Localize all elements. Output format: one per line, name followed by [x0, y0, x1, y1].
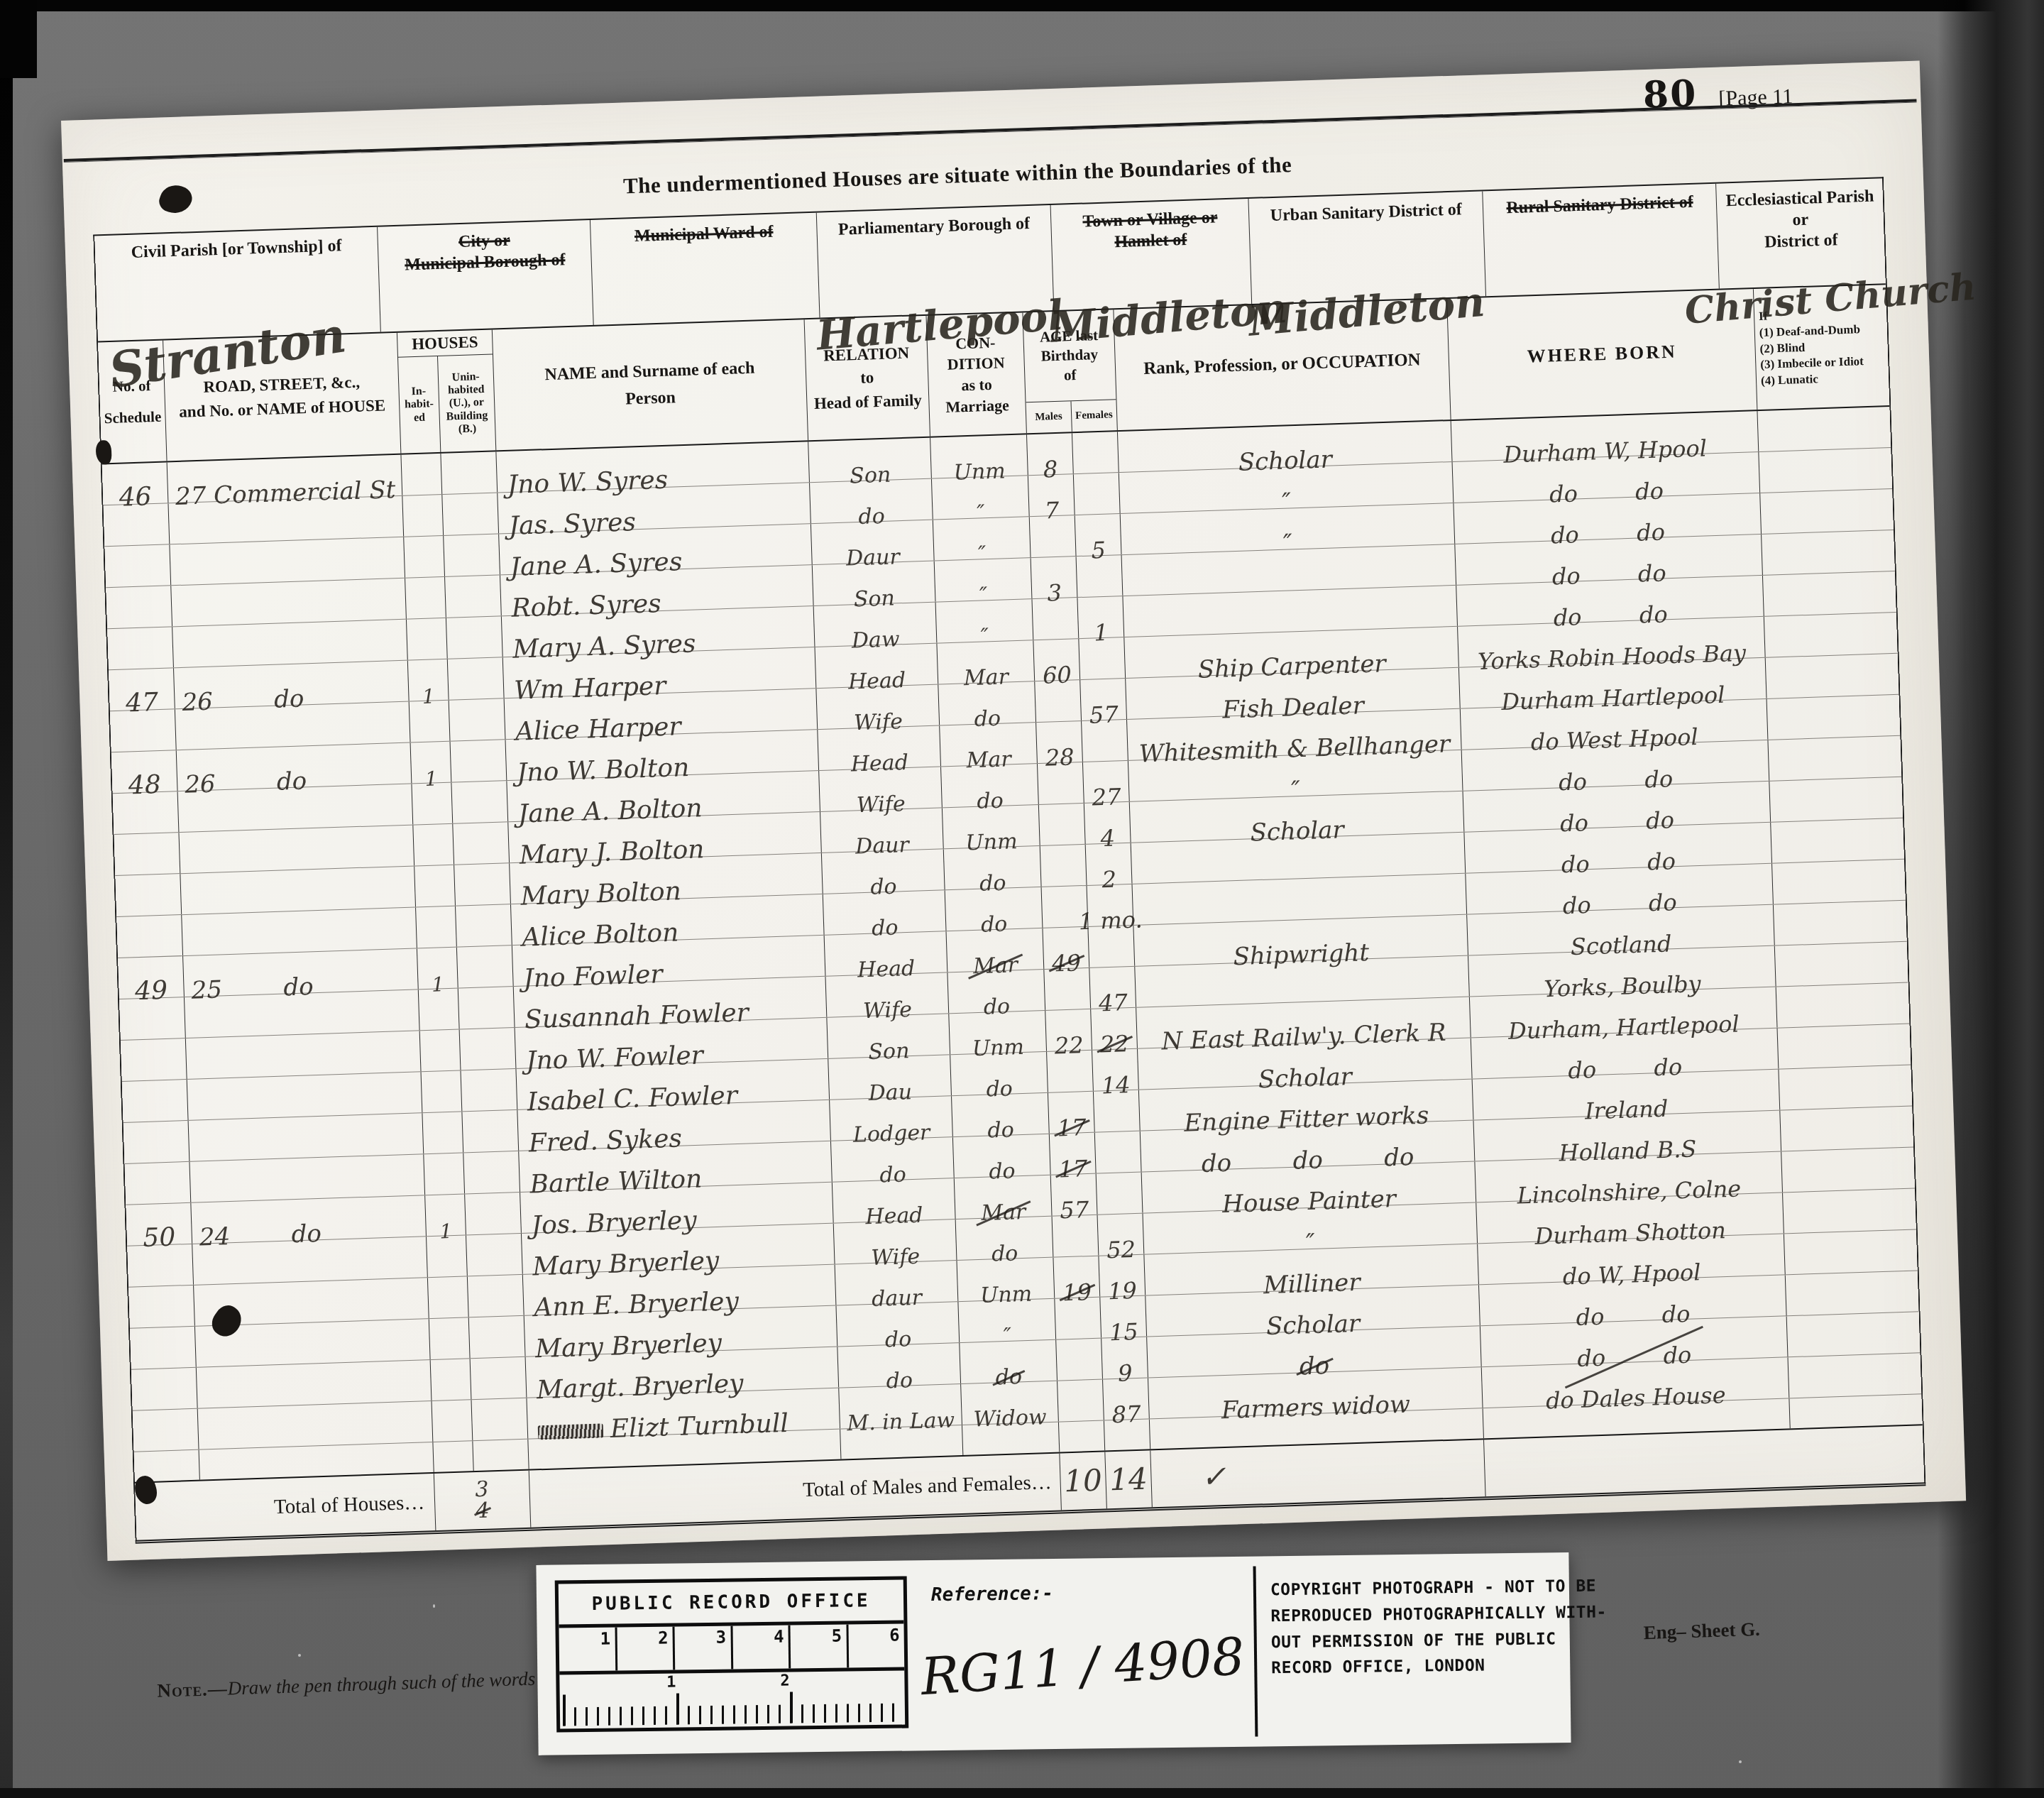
handwritten-value: Mary A. Syres [512, 632, 696, 663]
handwritten-value: do [977, 791, 1004, 813]
cell-inhab [414, 865, 456, 907]
cell-dis [1759, 448, 1892, 493]
cell-f [1072, 432, 1119, 473]
cell-schedule: 46 [102, 462, 169, 505]
column-header-inhabited: In- habit- ed [398, 356, 441, 454]
cell-uninhab [444, 534, 500, 576]
cell-uninhab [441, 451, 498, 493]
cell-road [179, 825, 414, 873]
cell-schedule [107, 627, 174, 669]
geo-label: Civil Parish [or Township] of [131, 236, 342, 262]
handwritten-value: do [991, 1243, 1018, 1265]
handwritten-value: 57 [1060, 1198, 1089, 1222]
handwritten-value: 26 do [185, 769, 307, 797]
cell-rel: Son [808, 438, 932, 483]
handwritten-value: Robt. Syres [511, 591, 661, 622]
cell-dis [1780, 1107, 1913, 1151]
total-females-value: 14 [1105, 1450, 1153, 1508]
cell-uninhab [453, 822, 510, 864]
cell-road: 26 do [177, 743, 412, 791]
handwritten-value: 28 [1045, 745, 1075, 769]
handwritten-value: Unm [980, 1284, 1033, 1307]
handwritten-value: Shipwright [1233, 941, 1369, 969]
handwritten-value: 25 do [191, 975, 314, 1003]
cell-inhab [404, 536, 445, 578]
handwritten-value: do [974, 708, 1001, 730]
handwritten-value: Alice Harper [515, 714, 682, 745]
cell-inhab [432, 1400, 473, 1442]
cell-f [1074, 473, 1121, 515]
cell-dis [1762, 530, 1895, 575]
total-males: 10 [1064, 1466, 1103, 1497]
cell-road: 26 do [174, 661, 410, 709]
handwritten-value: 2 [1101, 868, 1116, 892]
handwritten-value: Head [857, 958, 916, 982]
cell-schedule [133, 1409, 199, 1452]
cell-dis [1776, 983, 1910, 1028]
handwritten-value: Ireland [1585, 1097, 1669, 1123]
handwritten-value: ″ [1283, 531, 1293, 555]
handwritten-value: Widow [973, 1407, 1047, 1430]
column-header-houses: HOUSES In- habit- ed Unin- habited (U.),… [397, 330, 496, 454]
cell-dis [1783, 1188, 1916, 1233]
handwritten-value: 52 [1106, 1238, 1136, 1261]
handwritten-value: 14 [1101, 1073, 1131, 1097]
scale-number: 6 [848, 1624, 904, 1668]
reference-value: RG11 / 4908 [919, 1626, 1246, 1706]
handwritten-value: Milliner [1263, 1271, 1361, 1298]
column-header-occupation: Rank, Profession, or OCCUPATION [1114, 299, 1451, 430]
handwritten-value: Ship Carpenter [1197, 652, 1386, 682]
handwritten-value: Durham Shotton [1534, 1219, 1726, 1248]
cell-road [198, 1401, 434, 1449]
cell-road [180, 866, 416, 914]
cell-dis [1757, 407, 1891, 451]
cell-schedule [131, 1368, 198, 1410]
column-header-disability: If (1) Deaf-and-Dumb (2) Blind (3) Imbec… [1754, 285, 1889, 410]
handwritten-value: Scholar [1238, 447, 1332, 474]
cell-road [186, 1031, 422, 1079]
handwritten-value: 4 [1100, 827, 1115, 850]
cell-dis [1767, 695, 1901, 740]
cell-schedule [121, 1038, 187, 1081]
handwritten-value: do do [1576, 1303, 1691, 1329]
total-houses-struck: 4 [476, 1501, 490, 1523]
cell-uninhab [442, 493, 499, 535]
cell-m [1059, 1421, 1105, 1452]
handwritten-value: do [989, 1161, 1016, 1183]
handwritten-value: Mary Bolton [520, 879, 681, 909]
handwritten-value: 15 [1109, 1320, 1139, 1344]
handwritten-value: do [987, 1119, 1014, 1141]
copyright-line: COPYRIGHT PHOTOGRAPH - NOT TO BE [1270, 1574, 1559, 1604]
handwritten-value: do do [1551, 520, 1666, 547]
handwritten-value: Isabel C. Fowler [527, 1083, 737, 1116]
cell-m: 3 [1031, 557, 1078, 598]
pro-office-title: PUBLIC RECORD OFFICE [559, 1580, 904, 1628]
cell-uninhab [463, 1151, 520, 1193]
handwritten-value: do do [1549, 479, 1664, 505]
handwritten-value: ″ [979, 585, 988, 606]
cell-f: 27 [1083, 761, 1130, 803]
handwritten-value: 46 [119, 484, 152, 510]
handwritten-value: do [1299, 1354, 1329, 1378]
handwritten-value: Unm [972, 1037, 1024, 1060]
dust-speck [298, 1654, 301, 1657]
geo-column-5: Urban Sanitary District ofMiddleton [1249, 191, 1486, 304]
handwritten-value: Daw [851, 629, 900, 652]
cell-inhab [429, 1317, 471, 1359]
handwritten-value: 7 [1044, 499, 1059, 522]
handwritten-value: do [983, 996, 1010, 1018]
cell-dis [1789, 1394, 1922, 1428]
cell-schedule: 50 [126, 1203, 192, 1246]
cell-m [1040, 845, 1087, 887]
handwritten-value: Wife [854, 711, 903, 734]
handwritten-value: do [995, 1366, 1022, 1388]
cell-schedule [124, 1162, 191, 1205]
cell-uninhab [449, 698, 506, 740]
column-header-houses-group: HOUSES [397, 330, 493, 358]
total-houses-value: 3 4 [434, 1471, 532, 1530]
cell-dis [1768, 736, 1901, 781]
handwritten-value: Unm [965, 831, 1018, 854]
cell-m: 60 [1033, 639, 1080, 681]
handwritten-value: Unm [953, 461, 1006, 483]
handwritten-value: ″ [978, 544, 987, 565]
handwritten-value: Jane A. Bolton [517, 796, 703, 827]
cell-road: 25 do [183, 948, 419, 997]
census-table: Civil Parish [or Township] ofStrantonCit… [93, 177, 1925, 1544]
cell-road [189, 1154, 425, 1202]
handwritten-value: Wm Harper [514, 674, 666, 704]
cell-dis [1779, 1065, 1912, 1110]
handwritten-value: Mar [966, 749, 1011, 772]
cell-inhab [413, 824, 454, 866]
copyright-line: OUT PERMISSION OF THE PUBLIC [1271, 1626, 1559, 1656]
cell-schedule [130, 1327, 197, 1369]
cell-m [1039, 804, 1086, 845]
handwritten-value: Holland B.S [1559, 1137, 1697, 1164]
total-houses-label: Total of Houses… [135, 1474, 436, 1540]
geo-column-0: Civil Parish [or Township] ofStranton [94, 227, 381, 341]
cell-inhab [433, 1441, 473, 1472]
cell-dis [1769, 777, 1903, 822]
cell-m: 28 [1036, 721, 1083, 763]
handwritten-value: 57 [1089, 703, 1119, 726]
handwritten-value: House Painter [1222, 1187, 1397, 1217]
geo-column-6: Rural Sanitary District of [1483, 184, 1720, 297]
handwritten-value: Mar [973, 955, 1018, 977]
geo-column-1: City or Municipal Borough of [378, 220, 593, 332]
geo-label: Town or Village or Hamlet of [1082, 208, 1218, 251]
cell-f: 52 [1098, 1214, 1145, 1256]
reference-label: Reference:- [931, 1583, 1054, 1606]
handwritten-value: Jane A. Syres [510, 549, 683, 581]
frame-edge-bottom [0, 1788, 2044, 1798]
handwritten-value: Daur [846, 547, 901, 569]
handwritten-value: M. in Law [847, 1410, 955, 1435]
cell-road: 24 do [191, 1195, 427, 1244]
geo-label: Urban Sanitary District of [1270, 200, 1462, 225]
cell-inhab [401, 454, 442, 495]
handwritten-value: Mary Bryerley [532, 1249, 720, 1280]
handwritten-value: Margt. Bryerley [537, 1371, 744, 1403]
handwritten-value: Son [853, 588, 895, 610]
cell-inhab [405, 577, 446, 619]
handwritten-value: do do do [1201, 1145, 1414, 1176]
cell-f: 57 [1080, 679, 1127, 720]
cell-uninhab [465, 1193, 522, 1234]
handwritten-value: 22 [1054, 1034, 1084, 1057]
geo-label: Rural Sanitary District of [1506, 193, 1693, 217]
cell-uninhab [462, 1110, 519, 1152]
cell-dis [1781, 1147, 1915, 1192]
handwritten-value: Wife [863, 999, 913, 1022]
handwritten-value: 50 [143, 1225, 176, 1251]
handwritten-value: Alice Bolton [522, 921, 679, 951]
handwritten-value: Yorks, Boulby [1544, 972, 1701, 1000]
handwritten-value: Head [848, 670, 906, 694]
cell-inhab [420, 1030, 461, 1072]
handwritten-value: 1 [424, 769, 438, 789]
cell-schedule [123, 1121, 190, 1163]
handwritten-value: do do [1562, 891, 1677, 917]
handwritten-value: do [884, 1329, 911, 1351]
handwritten-value: Durham W, Hpool [1503, 437, 1707, 466]
ink-blot [96, 440, 112, 465]
cell-uninhab [473, 1440, 529, 1471]
handwritten-value: daur [872, 1288, 923, 1310]
handwritten-value: 8 [1043, 458, 1057, 481]
handwritten-value: do Dales House [1546, 1383, 1726, 1412]
cell-uninhab [451, 740, 507, 782]
cell-f: 1 [1077, 596, 1124, 638]
cell-m: 22 [1045, 1009, 1092, 1051]
cell-dis [1784, 1229, 1918, 1274]
cell-m [1057, 1380, 1104, 1422]
frame-edge-top [0, 0, 2044, 11]
footnote-prefix: Note.— [157, 1678, 228, 1701]
handwritten-value: do do [1553, 603, 1668, 629]
handwritten-value: Scholar [1258, 1065, 1352, 1092]
cell-road [182, 907, 417, 955]
sheet-label: Eng– Sheet G. [1643, 1618, 1760, 1644]
cell-schedule [114, 833, 181, 875]
column-header-road: ROAD, STREET, &c., and No. or NAME of HO… [163, 333, 401, 461]
handwritten-value: ″ [1282, 490, 1292, 514]
cell-uninhab [454, 863, 511, 905]
column-header-females: Females [1071, 400, 1117, 432]
cell-schedule [122, 1080, 189, 1122]
handwritten-value: Engine Fitter works [1184, 1104, 1429, 1136]
geo-column-4: Town or Village or Hamlet ofMiddleton [1050, 199, 1252, 310]
handwritten-value: do do [1561, 850, 1676, 876]
handwritten-value: Dau [868, 1082, 912, 1104]
ruler-ticks: 1 2 [559, 1671, 905, 1729]
handwritten-value: ″ [977, 503, 985, 524]
handwritten-value: Mary J. Bolton [519, 837, 705, 868]
handwritten-value: 17 [1058, 1157, 1088, 1180]
scale-number: 4 [732, 1626, 791, 1670]
cell-schedule [106, 586, 172, 628]
handwritten-value: 3 [1047, 581, 1062, 605]
total-males-value: 10 [1060, 1452, 1107, 1510]
cell-inhab [422, 1112, 463, 1153]
handwritten-value: 49 [1052, 951, 1082, 975]
cell-road [172, 620, 408, 668]
handwritten-value: Scotland [1570, 932, 1671, 958]
column-header-name: NAME and Surname of each Person [493, 319, 808, 450]
handwritten-value: Head [865, 1205, 923, 1229]
scale-numbers: 123456 [559, 1624, 905, 1675]
cell-inhab [422, 1071, 463, 1113]
handwritten-value: 1 [422, 686, 436, 707]
cell-m [1056, 1339, 1103, 1381]
cell-inhab [424, 1153, 465, 1195]
cell-road: 27 Commercial St [167, 455, 403, 503]
handwritten-value: do do [1551, 561, 1666, 588]
geo-label: City or Municipal Borough of [405, 231, 566, 275]
column-header-age: AGE last Birthday of Males Females [1023, 309, 1117, 433]
handwritten-value: Fish Dealer [1222, 694, 1365, 722]
column-header-relation: RELATION to Head of Family [805, 316, 930, 440]
cell-f: 47 [1089, 967, 1136, 1009]
handwritten-value: Jno Fowler [523, 962, 663, 992]
geo-label: Ecclesiastical Parish or District of [1725, 187, 1874, 252]
handwritten-value: Jno W. Bolton [516, 755, 689, 786]
census-photograph: 80 [Page 11 The undermentioned Houses ar… [0, 0, 2044, 1798]
geo-label: Municipal Ward of [634, 223, 774, 246]
handwritten-value: 26 do [182, 686, 304, 715]
column-header-age-group: AGE last Birthday of [1039, 310, 1100, 402]
cell-f [1097, 1173, 1143, 1215]
handwritten-value: ″ [981, 626, 989, 647]
handwritten-value: 60 [1043, 663, 1072, 686]
cell-uninhab [460, 1028, 517, 1070]
cell-uninhab [448, 657, 505, 699]
handwritten-value: ″ [1291, 778, 1301, 802]
geo-label: Parliamentary Borough of [838, 214, 1031, 239]
cell-uninhab [456, 904, 512, 946]
handwritten-value: 48 [128, 772, 161, 799]
handwritten-value: Ann E. Bryerley [534, 1289, 740, 1321]
handwritten-value: 19 [1108, 1279, 1138, 1303]
handwritten-value: ″ [1306, 1231, 1316, 1255]
frame-edge-right [1938, 0, 2044, 1798]
handwritten-value: Wife [871, 1246, 921, 1269]
handwritten-value: Son [850, 465, 891, 488]
frame-corner [0, 0, 37, 78]
copyright-line: REPRODUCED PHOTOGRAPHICALLY WITH- [1270, 1600, 1559, 1630]
cell-uninhab [461, 1069, 518, 1111]
handwritten-value: 27 Commercial St [175, 478, 396, 509]
handwritten-value: do West Hpool [1530, 725, 1698, 754]
census-page: 80 [Page 11 The undermentioned Houses ar… [61, 60, 1966, 1561]
handwritten-value: Mar [964, 667, 1009, 689]
cell-inhab [407, 618, 448, 660]
cell-inhab: 1 [411, 742, 452, 784]
cell-dis [1774, 901, 1907, 945]
handwritten-value: 1 [439, 1222, 453, 1242]
column-header-condition: CON- DITION as to Marriage [927, 312, 1027, 436]
handwritten-value: ″ [1003, 1326, 1011, 1347]
cell-uninhab [445, 575, 502, 617]
frame-edge-left [0, 0, 13, 1798]
cell-uninhab [457, 945, 514, 987]
cell-road [189, 1113, 424, 1161]
handwritten-value: 5 [1091, 539, 1106, 562]
dust-speck [1739, 1760, 1742, 1763]
cell-schedule: 47 [109, 668, 175, 711]
handwritten-value: 87 [1111, 1403, 1141, 1426]
handwritten-value: 19 [1062, 1281, 1092, 1304]
handwritten-value: Mar [981, 1202, 1026, 1224]
cell-schedule: 49 [118, 956, 185, 999]
handwritten-value: do [870, 877, 897, 899]
total-females: 14 [1109, 1464, 1148, 1496]
ruler-number: 1 [666, 1674, 676, 1692]
handwritten-value: Durham Hartlepool [1501, 684, 1725, 713]
ruler-number: 2 [780, 1672, 790, 1690]
cell-inhab [402, 495, 444, 537]
cell-uninhab [468, 1275, 524, 1317]
cell-dis [1778, 1024, 1911, 1069]
cell-uninhab [471, 1357, 527, 1399]
handwritten-value: Fred. Sykes [528, 1127, 682, 1157]
handwritten-value: Jno W. Syres [507, 468, 668, 498]
scale-number: 3 [674, 1626, 732, 1670]
pro-scale-box: PUBLIC RECORD OFFICE 123456 1 2 [555, 1577, 909, 1733]
cell-dis [1763, 571, 1896, 616]
cell-dis [1775, 942, 1908, 987]
handwritten-value: 1 [432, 975, 445, 995]
handwritten-value: Durham, Hartlepool [1508, 1012, 1740, 1042]
handwritten-value: do do [1559, 767, 1674, 794]
cell-schedule: 48 [111, 750, 178, 793]
handwritten-value: Farmers widow [1221, 1393, 1410, 1423]
cell-schedule [115, 874, 182, 916]
total-houses-corrected: 3 [475, 1479, 489, 1501]
handwritten-value: 22 [1099, 1032, 1129, 1056]
handwritten-value: do do [1560, 808, 1675, 835]
copyright-line: RECORD OFFICE, LONDON [1271, 1652, 1559, 1682]
handwritten-value: do [981, 914, 1008, 936]
handwritten-value: Scholar [1250, 818, 1344, 845]
dust-speck [433, 1604, 435, 1608]
cell-m: 19 [1053, 1256, 1100, 1298]
handwritten-value: Susannah Fowler [524, 1000, 749, 1033]
handwritten-value: do [979, 873, 1006, 895]
cell-uninhab [446, 616, 503, 658]
cell-uninhab [469, 1316, 526, 1358]
cell-cond: Unm [930, 434, 1028, 478]
scale-number: 1 [559, 1628, 617, 1672]
scale-number: 2 [617, 1627, 675, 1671]
cell-m: 8 [1027, 433, 1074, 475]
handwritten-value: Wife [856, 794, 906, 816]
handwritten-value: 9 [1118, 1361, 1133, 1385]
cell-schedule [128, 1286, 195, 1328]
handwritten-value: do [872, 918, 899, 940]
cell-road [197, 1360, 432, 1408]
cell-inhab: 1 [417, 948, 458, 990]
handwritten-value: 24 do [199, 1222, 322, 1250]
cell-inhab [416, 906, 457, 948]
cell-schedule [104, 544, 171, 587]
handwritten-value: 49 [135, 978, 168, 1004]
cell-inhab [431, 1359, 472, 1400]
